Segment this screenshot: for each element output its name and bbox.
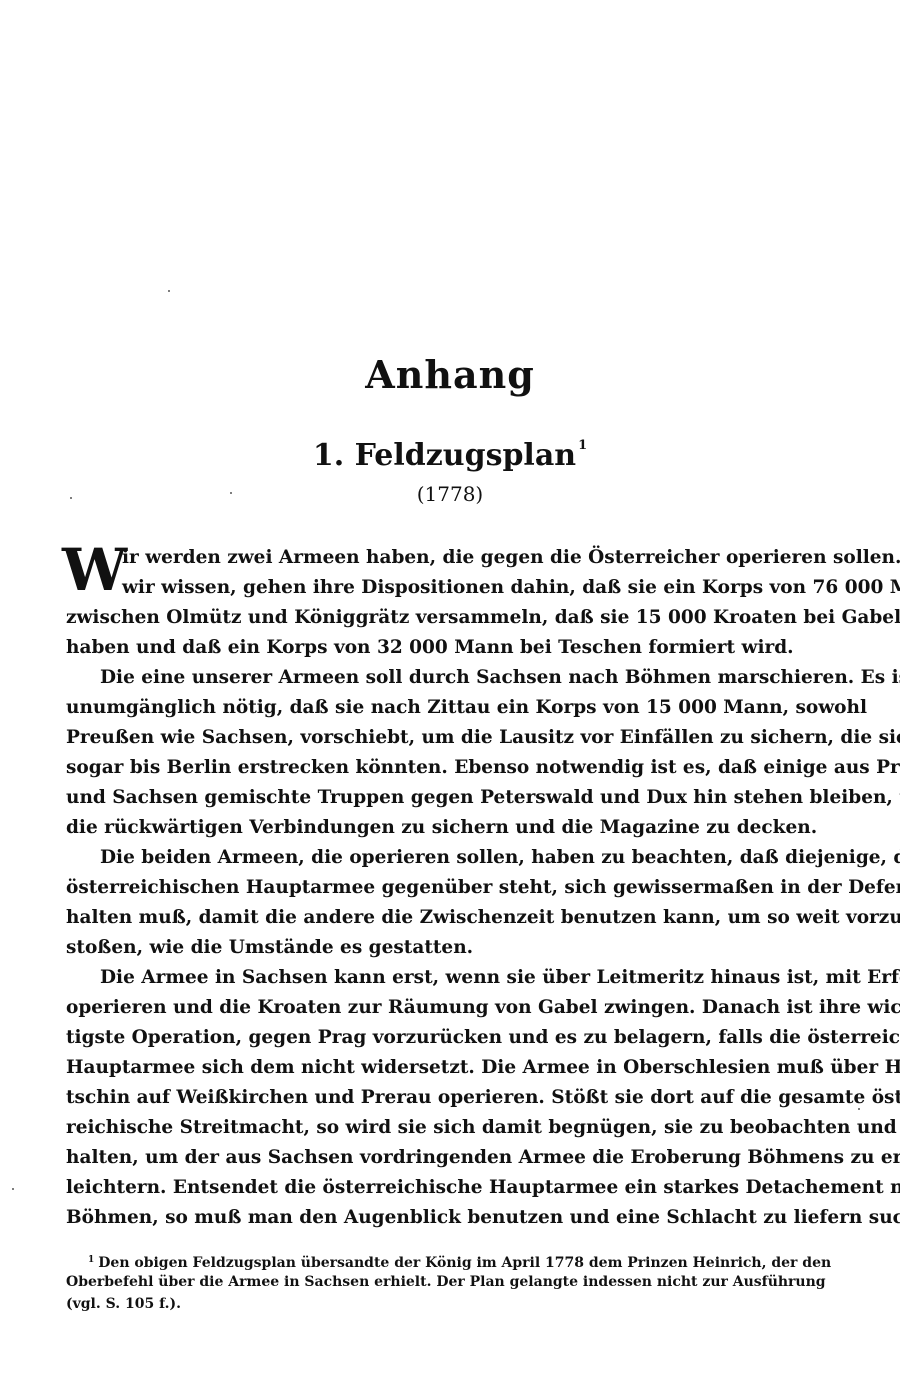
section-number: 1.: [313, 438, 344, 473]
body-line: zwischen Olmütz und Königgrätz versammel…: [66, 606, 806, 630]
body-line: stoßen, wie die Umstände es gestatten.: [66, 936, 806, 960]
section-heading: 1. Feldzugsplan1: [0, 438, 900, 473]
scan-speck: [858, 1108, 860, 1110]
book-page: Anhang 1. Feldzugsplan1 (1778) W ir werd…: [0, 0, 900, 1394]
body-line: unumgänglich nötig, daß sie nach Zittau …: [66, 696, 806, 720]
body-line: haben und daß ein Korps von 32 000 Mann …: [66, 636, 806, 660]
body-line: tschin auf Weißkirchen und Prerau operie…: [66, 1086, 806, 1110]
section-year: (1778): [0, 482, 900, 506]
appendix-title: Anhang: [0, 352, 900, 397]
body-line: Hauptarmee sich dem nicht widersetzt. Di…: [66, 1056, 806, 1080]
body-line: Preußen wie Sachsen, vorschiebt, um die …: [66, 726, 806, 750]
body-line: halten muß, damit die andere die Zwische…: [66, 906, 806, 930]
scan-speck: [230, 492, 232, 494]
body-line: österreichischen Hauptarmee gegenüber st…: [66, 876, 806, 900]
body-line: reichische Streitmacht, so wird sie sich…: [66, 1116, 806, 1140]
footnote-line: Oberbefehl über die Armee in Sachsen erh…: [66, 1272, 806, 1292]
footnote-line: 1Den obigen Feldzugsplan übersandte der …: [88, 1250, 806, 1273]
scan-speck: [168, 290, 170, 292]
body-line: und Sachsen gemischte Truppen gegen Pete…: [66, 786, 806, 810]
body-line: tigste Operation, gegen Prag vorzurücken…: [66, 1026, 806, 1050]
body-line: die rückwärtigen Verbindungen zu sichern…: [66, 816, 806, 840]
footnote-mark: 1: [88, 1255, 94, 1265]
body-line: Die beiden Armeen, die operieren sollen,…: [100, 846, 806, 870]
section-title: Feldzugsplan: [355, 438, 576, 473]
body-line: ir werden zwei Armeen haben, die gegen d…: [122, 546, 806, 570]
body-line: halten, um der aus Sachsen vordringenden…: [66, 1146, 806, 1170]
scan-speck: [70, 497, 72, 499]
footnote-text: Den obigen Feldzugsplan übersandte der K…: [98, 1255, 831, 1271]
footnote-line: (vgl. S. 105 f.).: [66, 1294, 806, 1314]
footnote-reference: 1: [578, 438, 587, 453]
drop-cap-initial: W: [62, 542, 127, 598]
body-line: Die Armee in Sachsen kann erst, wenn sie…: [100, 966, 806, 990]
scan-speck: [12, 1188, 14, 1190]
body-line: sogar bis Berlin erstrecken könnten. Ebe…: [66, 756, 806, 780]
body-line: wir wissen, gehen ihre Dispositionen dah…: [122, 576, 806, 600]
body-line: Die eine unserer Armeen soll durch Sachs…: [100, 666, 806, 690]
body-line: leichtern. Entsendet die österreichische…: [66, 1176, 806, 1200]
body-line: operieren und die Kroaten zur Räumung vo…: [66, 996, 806, 1020]
body-line: Böhmen, so muß man den Augenblick benutz…: [66, 1206, 806, 1230]
